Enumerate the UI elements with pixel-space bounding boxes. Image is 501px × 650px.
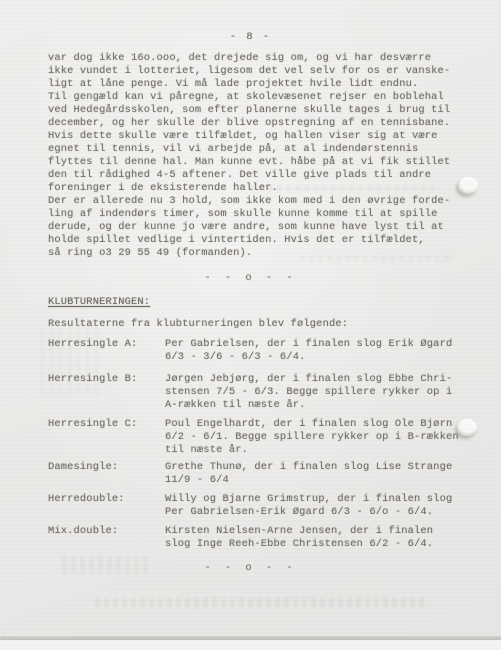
result-row: Herredouble: Willy og Bjarne Grimstrup, …: [48, 493, 462, 519]
scanned-newsletter-page: - 8 - var dog ikke 16o.ooo, det drejede …: [0, 0, 501, 650]
page-number: - 8 -: [0, 31, 501, 44]
result-row: Herresingle C: Poul Engelhardt, der i fi…: [48, 418, 462, 457]
result-label: Damesingle:: [48, 461, 165, 487]
result-label: Mix.double:: [48, 525, 165, 551]
ink-bleed-smudge: [40, 326, 100, 396]
result-row: Herresingle B: Jørgen Jebjørg, der i fin…: [48, 373, 462, 412]
hole-punch: [457, 419, 477, 436]
ink-bleed-smudge: [250, 186, 440, 191]
ink-bleed-smudge: [95, 598, 425, 607]
ink-bleed-smudge: [62, 556, 152, 574]
result-text: Poul Engelhardt, der i finalen slog Ole …: [165, 418, 462, 457]
result-row: Mix.double: Kirsten Nielsen-Arne Jensen,…: [48, 525, 462, 551]
hole-punch: [458, 177, 478, 194]
section-heading: KLUBTURNERINGEN:: [48, 296, 150, 309]
result-text: Kirsten Nielsen-Arne Jensen, der i final…: [165, 525, 462, 551]
result-text: Per Gabrielsen, der i finalen slog Erik …: [165, 338, 462, 364]
result-text: Willy og Bjarne Grimstrup, der i finalen…: [165, 493, 462, 519]
body-paragraph: var dog ikke 16o.ooo, det drejede sig om…: [48, 52, 460, 260]
scan-background-strip: [0, 640, 501, 650]
result-row: Damesingle: Grethe Thunø, der i finalen …: [48, 461, 462, 487]
result-label: Herresingle C:: [48, 418, 165, 457]
result-text: Grethe Thunø, der i finalen slog Lise St…: [165, 461, 462, 487]
result-label: Herredouble:: [48, 493, 165, 519]
result-text: Jørgen Jebjørg, der i finalen slog Ebbe …: [165, 373, 462, 412]
section-separator: - - o - -: [0, 272, 501, 285]
ink-bleed-smudge: [300, 255, 450, 261]
result-row: Herresingle A: Per Gabrielsen, der i fin…: [48, 338, 462, 364]
